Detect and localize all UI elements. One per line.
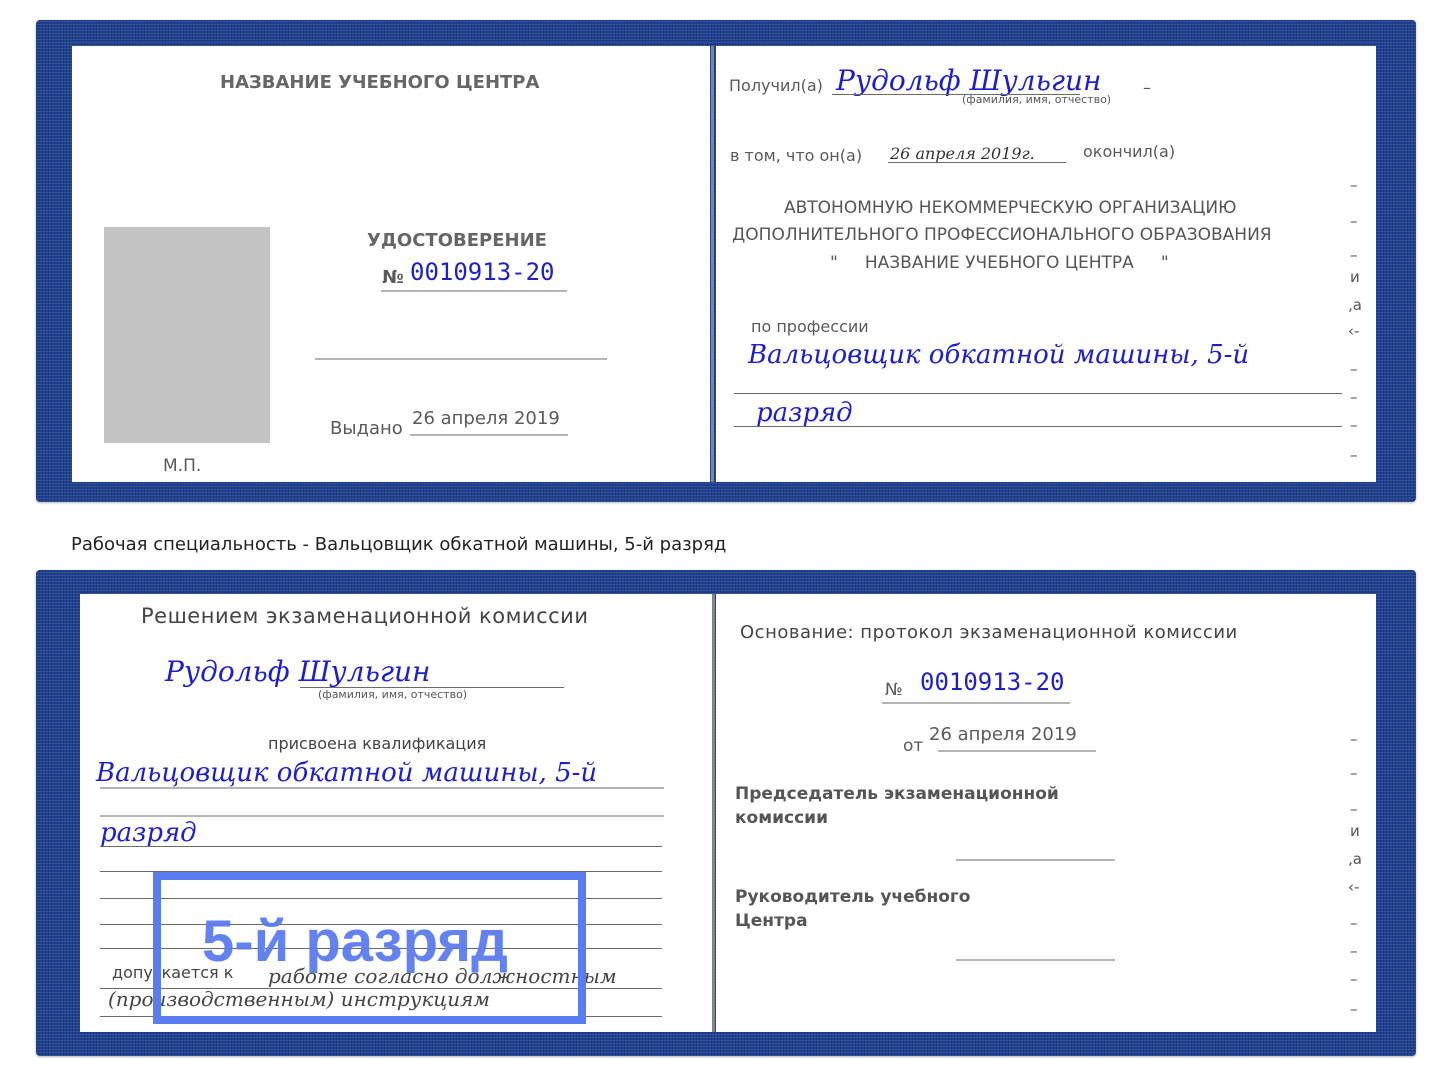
top-spine [711,46,714,482]
received-label: Получил(а) [729,76,823,95]
basis-label: Основание: протокол экзаменационной коми… [740,622,1238,643]
edge-mark: ‚а [1348,296,1362,314]
dash: – [1143,78,1151,97]
org-line-3: " НАЗВАНИЕ УЧЕБНОГО ЦЕНТРА " [830,253,1169,273]
qualification-label: присвоена квалификация [268,734,486,753]
grade-stamp-text: 5-й разряд [202,908,508,975]
blank-underline [315,358,607,360]
edge-mark: – [1350,416,1358,434]
edge-mark: ‹- [1348,322,1359,340]
edge-mark: ‚а [1348,850,1362,868]
org-line-2: ДОПОЛНИТЕЛЬНОГО ПРОФЕССИОНАЛЬНОГО ОБРАЗО… [732,225,1272,245]
from-date: 26 апреля 2019 [929,724,1077,745]
bottom-spine [712,594,715,1032]
person-name-hint: (фамилия, имя, отчество) [318,688,467,701]
protocol-number-prefix: № [885,680,903,700]
decision-title: Решением экзаменационной комиссии [141,604,588,628]
qualification-line-2: разряд [100,818,197,848]
profession-line-2: разряд [756,398,853,428]
edge-mark: – [1350,970,1358,988]
head-label-2: Центра [735,911,808,931]
issued-underline [410,434,568,436]
edge-mark: – [1350,730,1358,748]
number-prefix: № [382,267,404,288]
photo-placeholder [104,227,270,443]
person-name: Рудольф Шульгин [165,655,430,688]
edge-mark: – [1350,246,1358,264]
chairman-label-1: Председатель экзаменационной [735,784,1059,804]
chairman-signature-line [956,859,1115,861]
edge-mark: – [1350,360,1358,378]
edge-mark: – [1350,388,1358,406]
stamp-place-label: М.П. [163,456,201,476]
edge-mark: – [1350,446,1358,464]
number-underline [381,290,567,292]
name-hint: (фамилия, имя, отчество) [962,93,1111,106]
rule-1 [100,846,662,847]
certificate-title: УДОСТОВЕРЕНИЕ [367,230,547,251]
edge-mark: ‹- [1348,878,1359,896]
edge-mark: – [1350,914,1358,932]
edge-mark: и [1350,822,1360,840]
head-signature-line [956,959,1115,961]
edge-mark: – [1350,1000,1358,1018]
edge-mark: – [1350,800,1358,818]
profession-label: по профессии [751,317,869,336]
head-label-1: Руководитель учебного [735,887,970,907]
finish-date-underline [888,162,1066,163]
profession-underline-2 [734,426,1342,427]
qualification-line-1: Вальцовщик обкатной машины, 5-й [96,758,597,788]
specialty-caption: Рабочая специальность - Вальцовщик обкат… [71,534,726,555]
issued-date: 26 апреля 2019 [412,408,560,429]
issued-label: Выдано [330,418,403,439]
chairman-label-2: комиссии [735,808,828,828]
training-center-name: НАЗВАНИЕ УЧЕБНОГО ЦЕНТРА [220,72,539,93]
protocol-number-underline [882,702,1070,704]
edge-mark: и [1350,268,1360,286]
finish-date: 26 апреля 2019г. [890,144,1035,163]
qualification-underline-2 [100,815,664,817]
edge-mark: – [1350,764,1358,782]
edge-mark: – [1350,942,1358,960]
from-date-underline [938,750,1096,752]
from-label: от [903,736,923,756]
profession-underline-1 [734,393,1342,394]
profession-line-1: Вальцовщик обкатной машины, 5-й [748,340,1249,370]
protocol-number: 0010913-20 [920,668,1065,696]
edge-mark: – [1350,212,1358,230]
org-line-1: АВТОНОМНУЮ НЕКОММЕРЧЕСКУЮ ОРГАНИЗАЦИЮ [784,198,1236,218]
edge-mark: – [1350,176,1358,194]
qualification-underline-1 [100,787,664,789]
certificate-number: 0010913-20 [410,258,555,286]
finished-label: окончил(а) [1083,142,1175,161]
in-that-label: в том, что он(а) [730,146,862,165]
